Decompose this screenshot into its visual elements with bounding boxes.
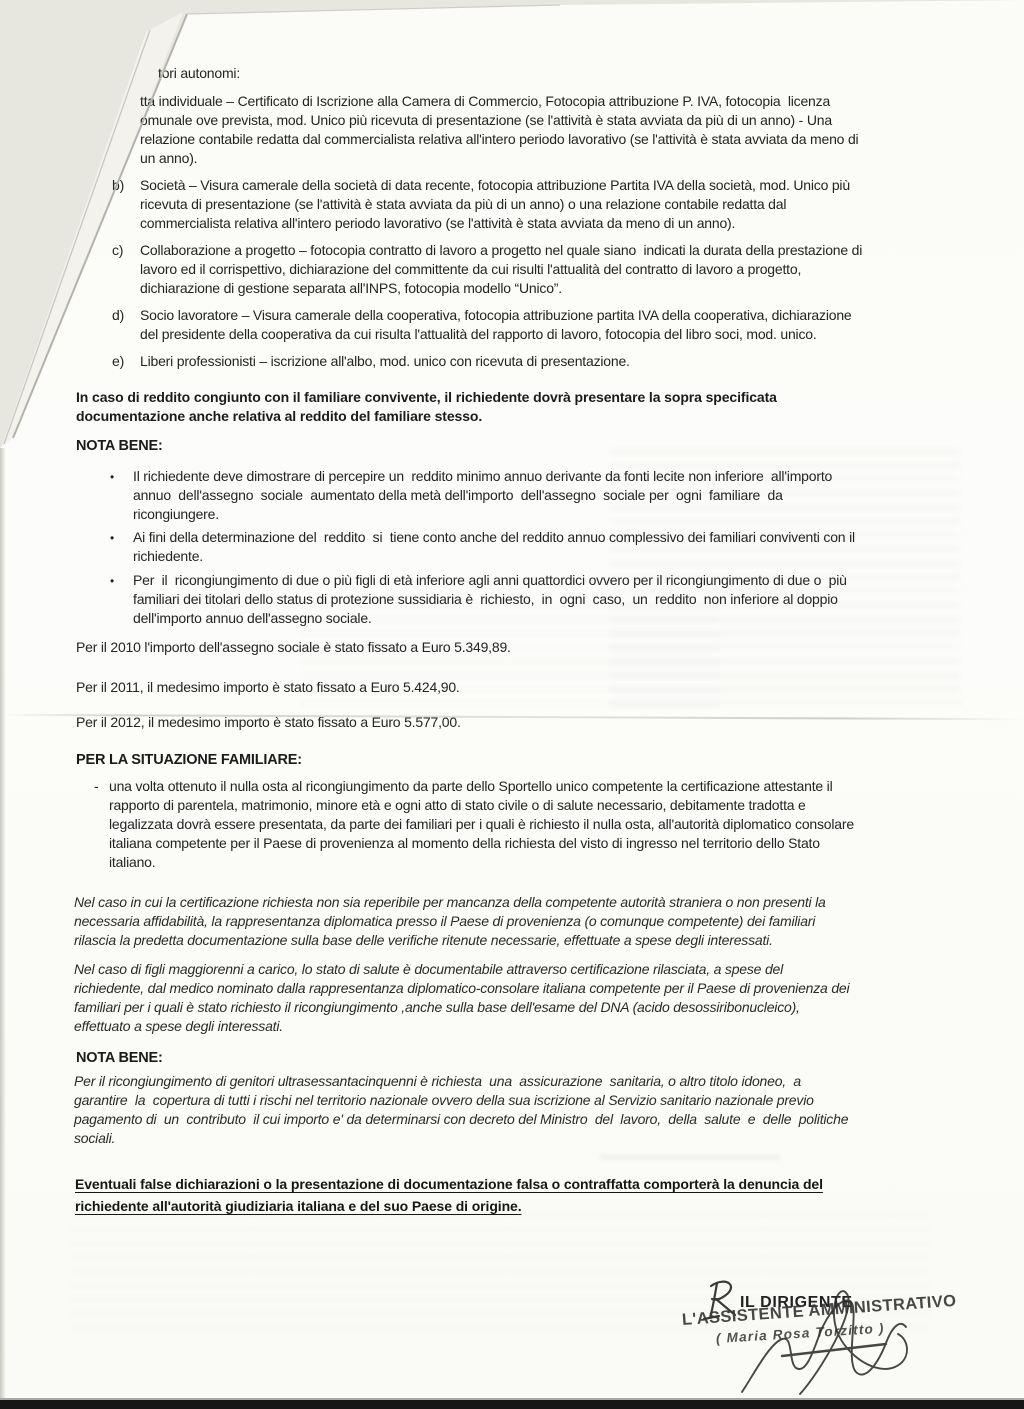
nota-bene-heading-2: NOTA BENE: <box>76 1049 984 1068</box>
list-letter: b) <box>112 176 140 233</box>
dash-item-text: una volta ottenuto il nulla osta al rico… <box>109 777 854 872</box>
list-item-a: tta individuale – Certificato di Iscrizi… <box>140 92 984 168</box>
bullet-text: Il richiedente deve dimostrare di percep… <box>133 467 982 524</box>
list-item-b: b) Società – Visura camerale della socie… <box>112 176 984 233</box>
list-letter: e) <box>112 352 140 371</box>
social-allowance-2010: Per il 2010 l'importo dell'assegno socia… <box>76 638 984 657</box>
list-item-text: Liberi professionisti – iscrizione all'a… <box>140 352 984 371</box>
list-item-text: Società – Visura camerale della società … <box>140 176 984 233</box>
bullet-text: Ai fini della determinazione del reddito… <box>133 528 982 566</box>
document-body: tori autonomi: tta individuale – Certifi… <box>0 0 1024 1217</box>
bullet-marker: • <box>110 528 133 566</box>
list-letter: d) <box>112 306 140 344</box>
family-situation-heading: PER LA SITUAZIONE FAMILIARE: <box>76 751 984 770</box>
list-item-e: e) Liberi professionisti – iscrizione al… <box>112 352 984 371</box>
dash-marker: - <box>94 777 109 872</box>
italic-note-parents-over-65: Per il ricongiungimento di genitori ultr… <box>74 1072 990 1148</box>
bullet-marker: • <box>110 571 133 628</box>
italic-note-certification: Nel caso in cui la certificazione richie… <box>74 893 990 950</box>
false-declarations-warning: Eventuali false dichiarazioni o la prese… <box>75 1173 984 1217</box>
scan-bottom-bar <box>0 1398 1024 1409</box>
list-letter: c) <box>112 241 140 298</box>
nota-bene-bullet-3: • Per il ricongiungimento di due o più f… <box>110 571 982 628</box>
italic-note-adult-children: Nel caso di figli maggiorenni a carico, … <box>74 960 990 1036</box>
list-item-text: Socio lavoratore – Visura camerale della… <box>140 306 984 344</box>
scanned-document-page: { "document": { "intro_fragment": "tori … <box>0 0 1024 1409</box>
list-item-c: c) Collaborazione a progetto – fotocopia… <box>112 241 984 298</box>
social-allowance-2011: Per il 2011, il medesimo importo è stato… <box>76 678 984 697</box>
bullet-marker: • <box>110 467 133 524</box>
family-situation-item: - una volta ottenuto il nulla osta al ri… <box>94 777 994 872</box>
list-item-d: d) Socio lavoratore – Visura camerale de… <box>112 306 984 344</box>
nota-bene-bullet-2: • Ai fini della determinazione del reddi… <box>110 528 982 566</box>
list-item-text: Collaborazione a progetto – fotocopia co… <box>140 241 984 298</box>
nota-bene-heading-1: NOTA BENE: <box>76 437 984 456</box>
bullet-text: Per il ricongiungimento di due o più fig… <box>133 571 982 628</box>
intro-fragment: tori autonomi: <box>158 64 984 83</box>
joint-income-note: In caso di reddito congiunto con il fami… <box>76 388 986 426</box>
nota-bene-bullet-1: • Il richiedente deve dimostrare di perc… <box>110 467 982 524</box>
social-allowance-2012: Per il 2012, il medesimo importo è stato… <box>76 713 984 732</box>
